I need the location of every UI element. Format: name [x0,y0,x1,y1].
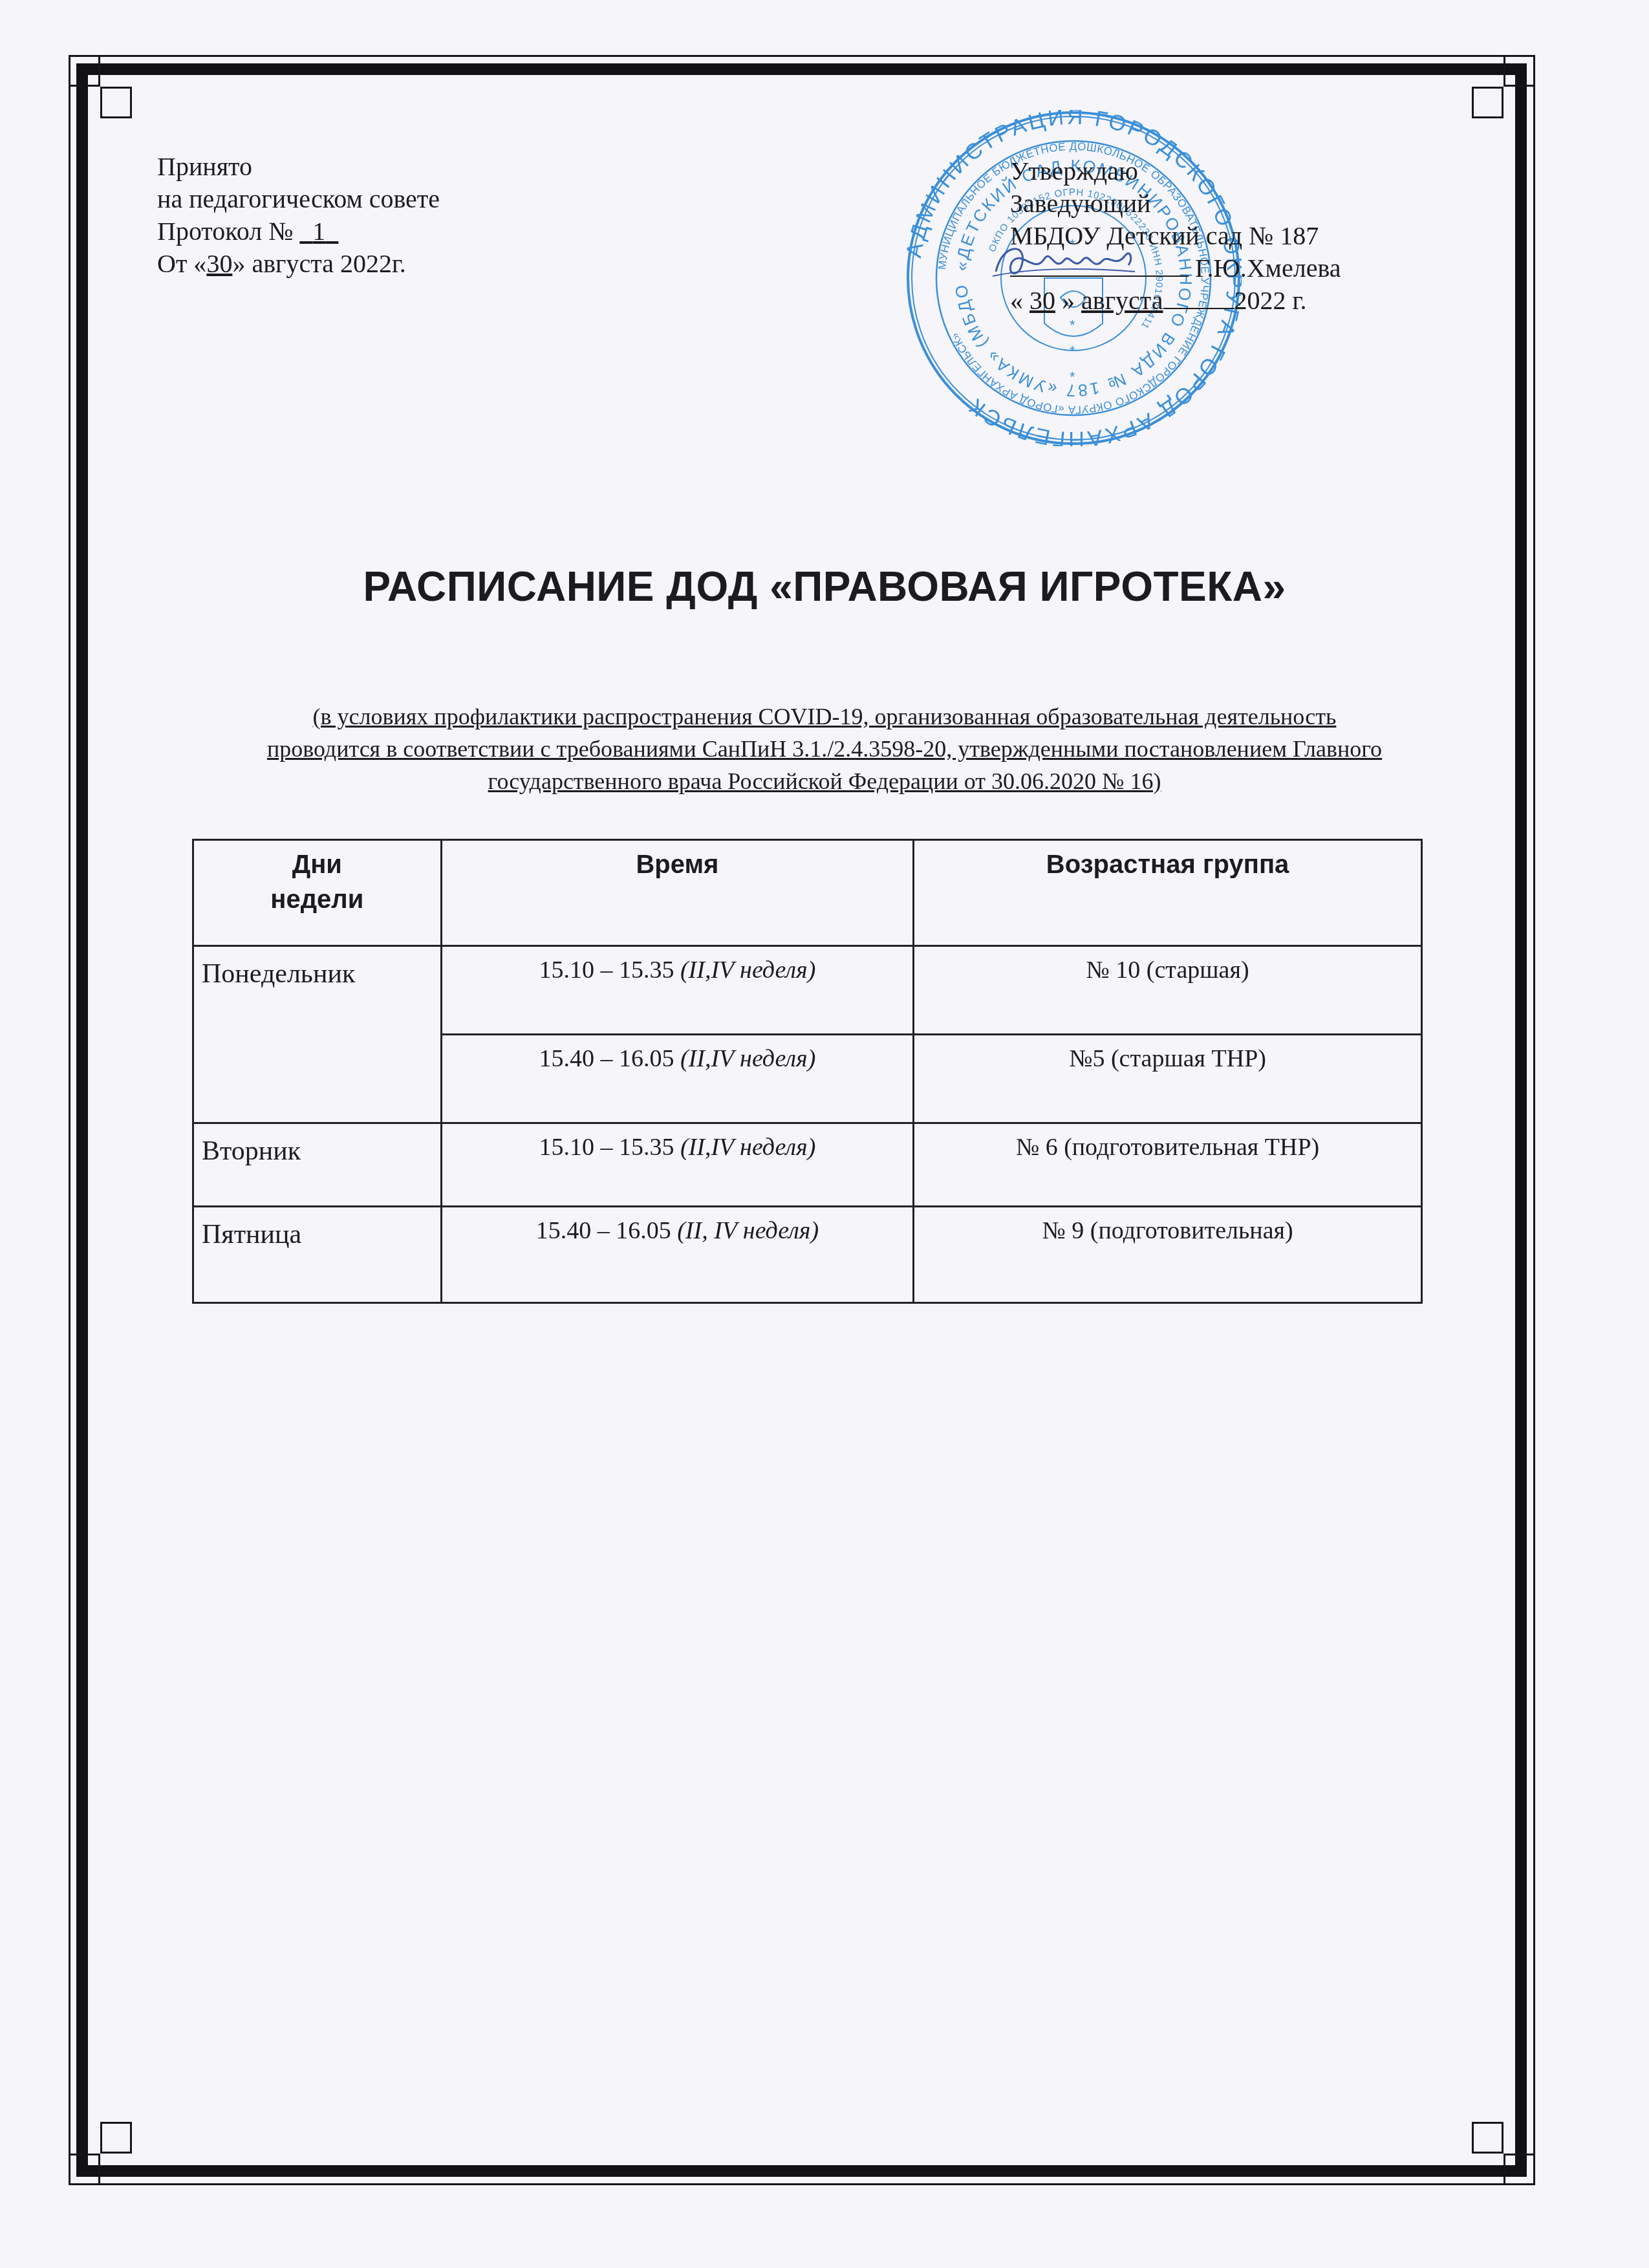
subtitle-line: (в условиях профилактики распространения… [162,700,1487,733]
cell-group: №5 (старшая ТНР) [914,1035,1422,1123]
header-age-group: Возрастная группа [914,840,1422,946]
protocol-number: 1 [312,217,325,246]
table-row: Вторник 15.10 – 15.35 (II,IV неделя) № 6… [193,1123,1422,1207]
table-row: Понедельник 15.10 – 15.35 (II,IV неделя)… [193,946,1422,1035]
cell-group: № 9 (подготовительная) [914,1207,1422,1303]
header-time: Время [441,840,914,946]
table-header-row: Дни недели Время Возрастная группа [193,840,1422,946]
protocol-line: Протокол № 1 [157,215,440,248]
cell-group: № 6 (подготовительная ТНР) [914,1123,1422,1207]
cell-time-note: (II,IV неделя) [680,1134,815,1161]
approval-right-date-month: августа [1081,286,1163,315]
subtitle-line: государственного врача Российской Федера… [162,765,1487,797]
approval-left-date-day: 30 [206,249,232,278]
approval-right-date-year: 2022 г. [1234,286,1307,315]
cell-time: 15.40 – 16.05 (II,IV неделя) [441,1035,914,1123]
svg-text:*: * [1070,343,1075,359]
svg-text:*: * [1070,369,1075,385]
approval-right-line2: Заведующий [1010,188,1341,220]
approval-left-line1: Принято [157,151,440,183]
cell-time-note: (II,IV неделя) [680,1045,815,1072]
cell-group: № 10 (старшая) [914,946,1422,1035]
document-title: РАСПИСАНИЕ ДОД «ПРАВОВАЯ ИГРОТЕКА» [0,563,1649,610]
header-days: Дни недели [193,840,442,946]
signature-scribble [989,236,1138,288]
table-row: Пятница 15.40 – 16.05 (II, IV неделя) № … [193,1207,1422,1303]
cell-day: Пятница [193,1207,442,1303]
cell-time: 15.10 – 15.35 (II,IV неделя) [441,946,914,1035]
approval-left-date: От «30» августа 2022г. [157,248,440,280]
approval-left-line2: на педагогическом совете [157,183,440,215]
approval-right-date: « 30 » августа2022 г. [1010,285,1341,317]
approval-right-date-day: 30 [1029,286,1055,315]
protocol-label: Протокол № [157,217,299,246]
cell-day: Вторник [193,1123,442,1207]
approval-left-block: Принято на педагогическом совете Протоко… [157,151,440,280]
cell-day: Понедельник [193,946,442,1123]
cell-time-note: (II, IV неделя) [677,1217,819,1244]
document-subtitle: (в условиях профилактики распространения… [162,700,1487,797]
subtitle-line: проводится в соответствии с требованиями… [162,733,1487,765]
cell-time-note: (II,IV неделя) [680,956,815,984]
schedule-table: Дни недели Время Возрастная группа Понед… [192,839,1423,1304]
svg-text:*: * [1070,317,1075,333]
signer-name: Г.Ю.Хмелева [1195,254,1341,283]
approval-right-line1: Утверждаю [1010,155,1341,188]
cell-time: 15.40 – 16.05 (II, IV неделя) [441,1207,914,1303]
cell-time: 15.10 – 15.35 (II,IV неделя) [441,1123,914,1207]
